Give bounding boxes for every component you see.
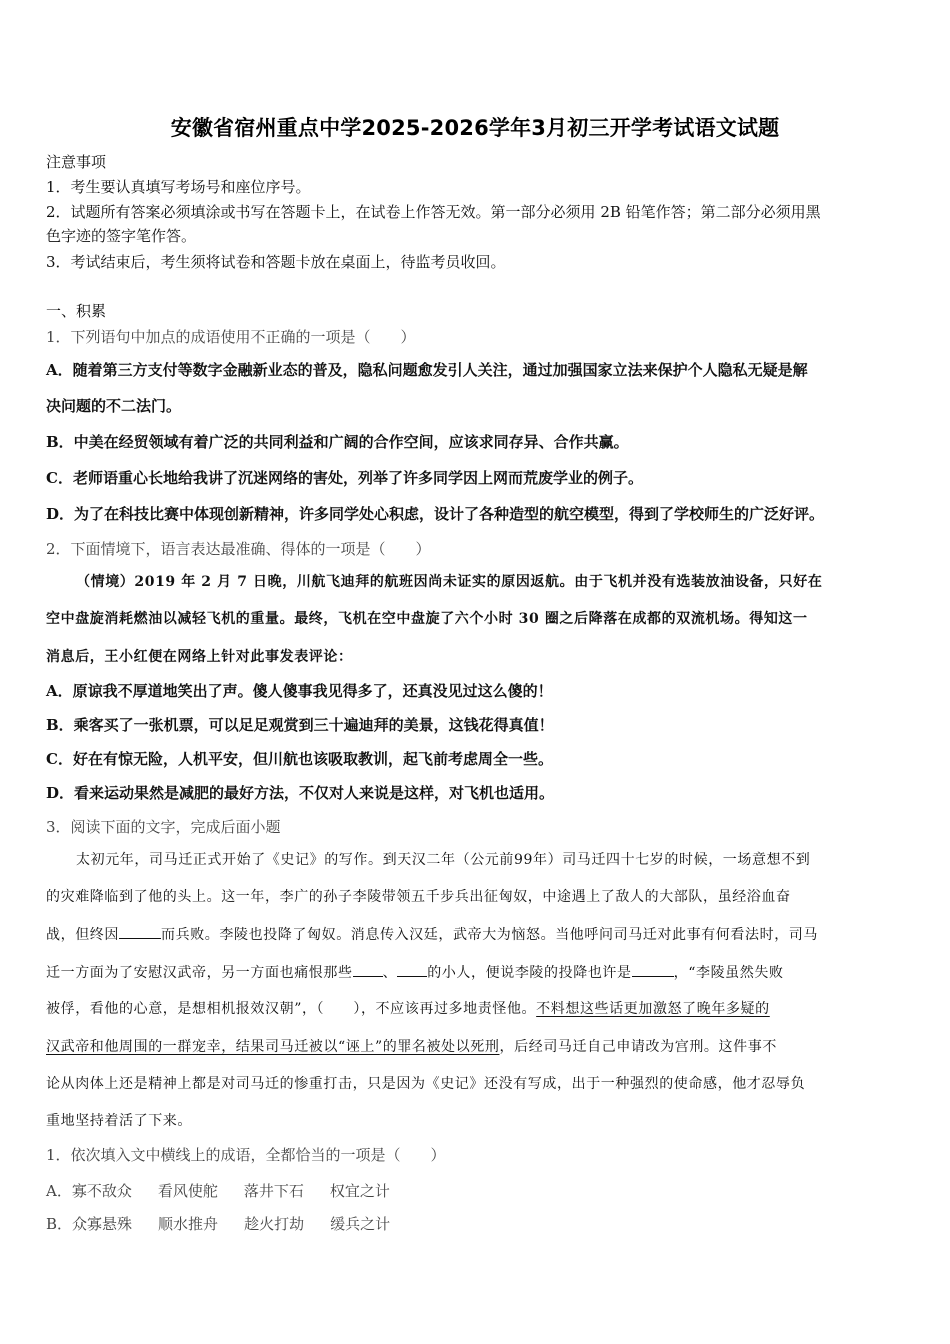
notice-item: 1．考生要认真填写考场号和座位序号。	[46, 177, 906, 197]
passage-text: 的小人，便说李陵的投降也许是	[427, 965, 631, 981]
option-word: 看风使舵	[158, 1182, 218, 1200]
passage-text: 而兵败。李陵也投降了匈奴。消息传入汉廷，武帝大为恼怒。当他呼问司马迁对此事有何看…	[161, 927, 818, 943]
fill-blank-3	[397, 962, 427, 977]
notice-item: 2．试题所有答案必须填涂或书写在答题卡上，在试卷上作答无效。第一部分必须用 2B…	[46, 202, 906, 222]
question-1-option-d: D．为了在科技比赛中体现创新精神，许多同学处心积虑，设计了各种造型的航空模型，得…	[46, 504, 906, 524]
option-word: 寡不敌众	[72, 1182, 132, 1200]
option-word: 缓兵之计	[330, 1215, 390, 1233]
question-2-option-d: D．看来运动果然是减肥的最好方法，不仅对人来说是这样，对飞机也适用。	[46, 783, 906, 803]
passage-line: 汉武帝和他周围的一群宠幸，结果司马迁被以“诬上”的罪名被处以死刑，后经司马迁自己…	[46, 1037, 906, 1057]
passage-text: ，“李陵虽然失败	[674, 965, 784, 981]
passage-text: ，后经司马迁自己申请改为宫刑。这件事不	[500, 1039, 777, 1055]
question-3-stem: 3．阅读下面的文字，完成后面小题	[46, 817, 906, 837]
fill-blank-1	[119, 924, 161, 939]
passage-text: 、	[383, 965, 398, 981]
passage-line: 的灾难降临到了他的头上。这一年，李广的孙子李陵带领五千步兵出征匈奴，中途遇上了敌…	[46, 887, 906, 907]
section-heading: 一、积累	[46, 301, 906, 321]
question-2-stem: 2．下面情境下，语言表达最准确、得体的一项是（ ）	[46, 539, 906, 559]
page-title: 安徽省宿州重点中学2025-2026学年3月初三开学考试语文试题	[0, 112, 950, 142]
question-2-context: 空中盘旋消耗燃油以减轻飞机的重量。最终，飞机在空中盘旋了六个小时 30 圈之后降…	[46, 609, 906, 629]
passage-line: 论从肉体上还是精神上都是对司马迁的惨重打击，只是因为《史记》还没有写成，出于一种…	[46, 1074, 906, 1094]
question-1-stem: 1．下列语句中加点的成语使用不正确的一项是（ ）	[46, 327, 906, 347]
passage-line: 太初元年，司马迁正式开始了《史记》的写作。到天汉二年（公元前99年）司马迁四十七…	[46, 850, 936, 870]
question-2-option-c: C．好在有惊无险，人机平安，但川航也该吸取教训，起飞前考虑周全一些。	[46, 749, 906, 769]
subquestion-1-option-b: B．众寡悬殊顺水推舟趁火打劫缓兵之计	[46, 1214, 906, 1234]
notice-item: 3．考试结束后，考生须将试卷和答题卡放在桌面上，待监考员收回。	[46, 252, 906, 272]
option-label: A．	[46, 1182, 72, 1200]
option-word: 众寡悬殊	[72, 1215, 132, 1233]
question-2-context: 消息后，王小红便在网络上针对此事发表评论：	[46, 647, 906, 667]
question-2-context: （情境）2019 年 2 月 7 日晚，川航飞迪拜的航班因尚未证实的原因返航。由…	[46, 572, 936, 592]
question-2-option-a: A．原谅我不厚道地笑出了声。傻人傻事我见得多了，还真没见过这么傻的！	[46, 681, 906, 701]
fill-blank-4	[632, 962, 674, 977]
option-word: 落井下石	[244, 1182, 304, 1200]
subquestion-1-stem: 1．依次填入文中横线上的成语，全都恰当的一项是（ ）	[46, 1145, 906, 1165]
exam-page: 安徽省宿州重点中学2025-2026学年3月初三开学考试语文试题 注意事项 1．…	[0, 0, 950, 1344]
notice-item: 色字迹的签字笔作答。	[46, 226, 906, 246]
passage-line: 重地坚持着活了下来。	[46, 1111, 906, 1131]
question-1-option-a: A．随着第三方支付等数字金融新业态的普及，隐私问题愈发引人关注，通过加强国家立法…	[46, 360, 906, 380]
option-word: 趁火打劫	[244, 1215, 304, 1233]
subquestion-1-option-a: A．寡不敌众看风使舵落井下石权宜之计	[46, 1181, 906, 1201]
passage-line: 战，但终因而兵败。李陵也投降了匈奴。消息传入汉廷，武帝大为恼怒。当他呼问司马迁对…	[46, 924, 906, 945]
notice-heading: 注意事项	[46, 152, 906, 172]
underlined-sentence: 不料想这些话更加激怒了晚年多疑的	[536, 1001, 770, 1017]
question-1-option-c: C．老师语重心长地给我讲了沉迷网络的害处，列举了许多同学因上网而荒废学业的例子。	[46, 468, 906, 488]
passage-text: 被俘，看他的心意，是想相机报效汉朝”，（ ），不应该再过多地责怪他。	[46, 1001, 536, 1017]
question-1-option-b: B．中美在经贸领域有着广泛的共同利益和广阔的合作空间，应该求同存异、合作共赢。	[46, 432, 906, 452]
passage-text: 战，但终因	[46, 927, 119, 943]
option-word: 权宜之计	[330, 1182, 390, 1200]
fill-blank-2	[353, 962, 383, 977]
question-1-option-a-cont: 决问题的不二法门。	[46, 396, 906, 416]
passage-line: 被俘，看他的心意，是想相机报效汉朝”，（ ），不应该再过多地责怪他。不料想这些话…	[46, 999, 906, 1019]
underlined-sentence: 汉武帝和他周围的一群宠幸，结果司马迁被以“诬上”的罪名被处以死刑	[46, 1039, 500, 1055]
option-word: 顺水推舟	[158, 1215, 218, 1233]
option-label: B．	[46, 1215, 72, 1233]
passage-line: 迁一方面为了安慰汉武帝，另一方面也痛恨那些、的小人，便说李陵的投降也许是，“李陵…	[46, 962, 906, 983]
question-2-option-b: B．乘客买了一张机票，可以足足观赏到三十遍迪拜的美景，这钱花得真值！	[46, 715, 906, 735]
passage-text: 迁一方面为了安慰汉武帝，另一方面也痛恨那些	[46, 965, 353, 981]
